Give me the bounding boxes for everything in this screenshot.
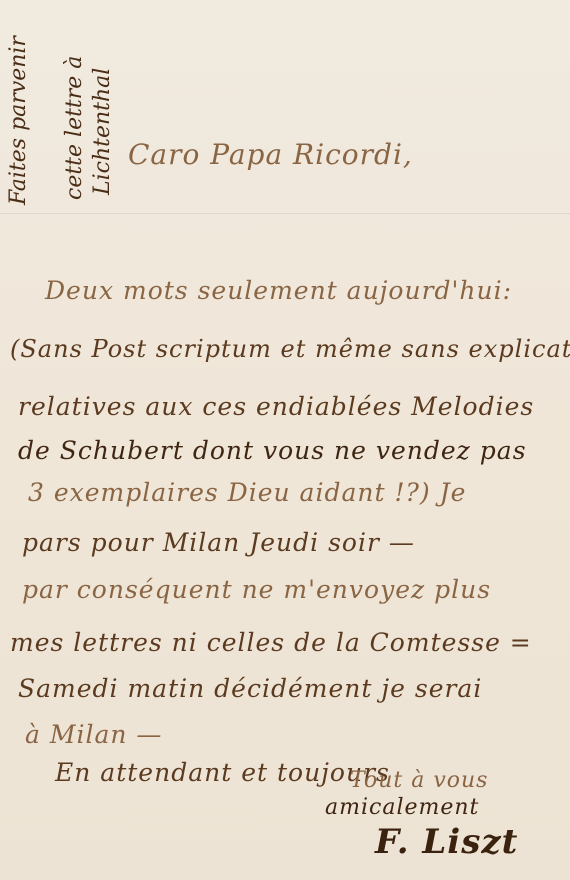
margin-note-line-1: Faites parvenir [6, 36, 31, 205]
body-line-10: à Milan — [25, 720, 162, 749]
salutation: Caro Papa Ricordi, [128, 138, 413, 171]
signature: F. Liszt [375, 822, 518, 862]
body-line-3: relatives aux ces endiablées Melodies [18, 392, 534, 421]
body-line-1: Deux mots seulement aujourd'hui: [45, 276, 512, 305]
body-line-2: (Sans Post scriptum et même sans explica… [10, 335, 570, 363]
letter-page: Faites parvenir cette lettre à Lichtenth… [0, 0, 570, 880]
body-line-6: pars pour Milan Jeudi soir — [22, 528, 415, 557]
body-line-7: par conséquent ne m'envoyez plus [22, 575, 491, 604]
closing-line-3: amicalement [325, 795, 479, 820]
body-line-4: de Schubert dont vous ne vendez pas [18, 436, 527, 465]
body-line-9: Samedi matin décidément je serai [18, 674, 482, 703]
margin-note-line-3: Lichtenthal [90, 68, 115, 195]
closing-line-2: Tout à vous [350, 768, 488, 793]
margin-note-line-2: cette lettre à [62, 56, 87, 200]
closing-line-1: En attendant et toujours [55, 758, 390, 787]
body-line-8: mes lettres ni celles de la Comtesse = [10, 628, 532, 657]
body-line-5: 3 exemplaires Dieu aidant !?) Je [28, 478, 466, 507]
